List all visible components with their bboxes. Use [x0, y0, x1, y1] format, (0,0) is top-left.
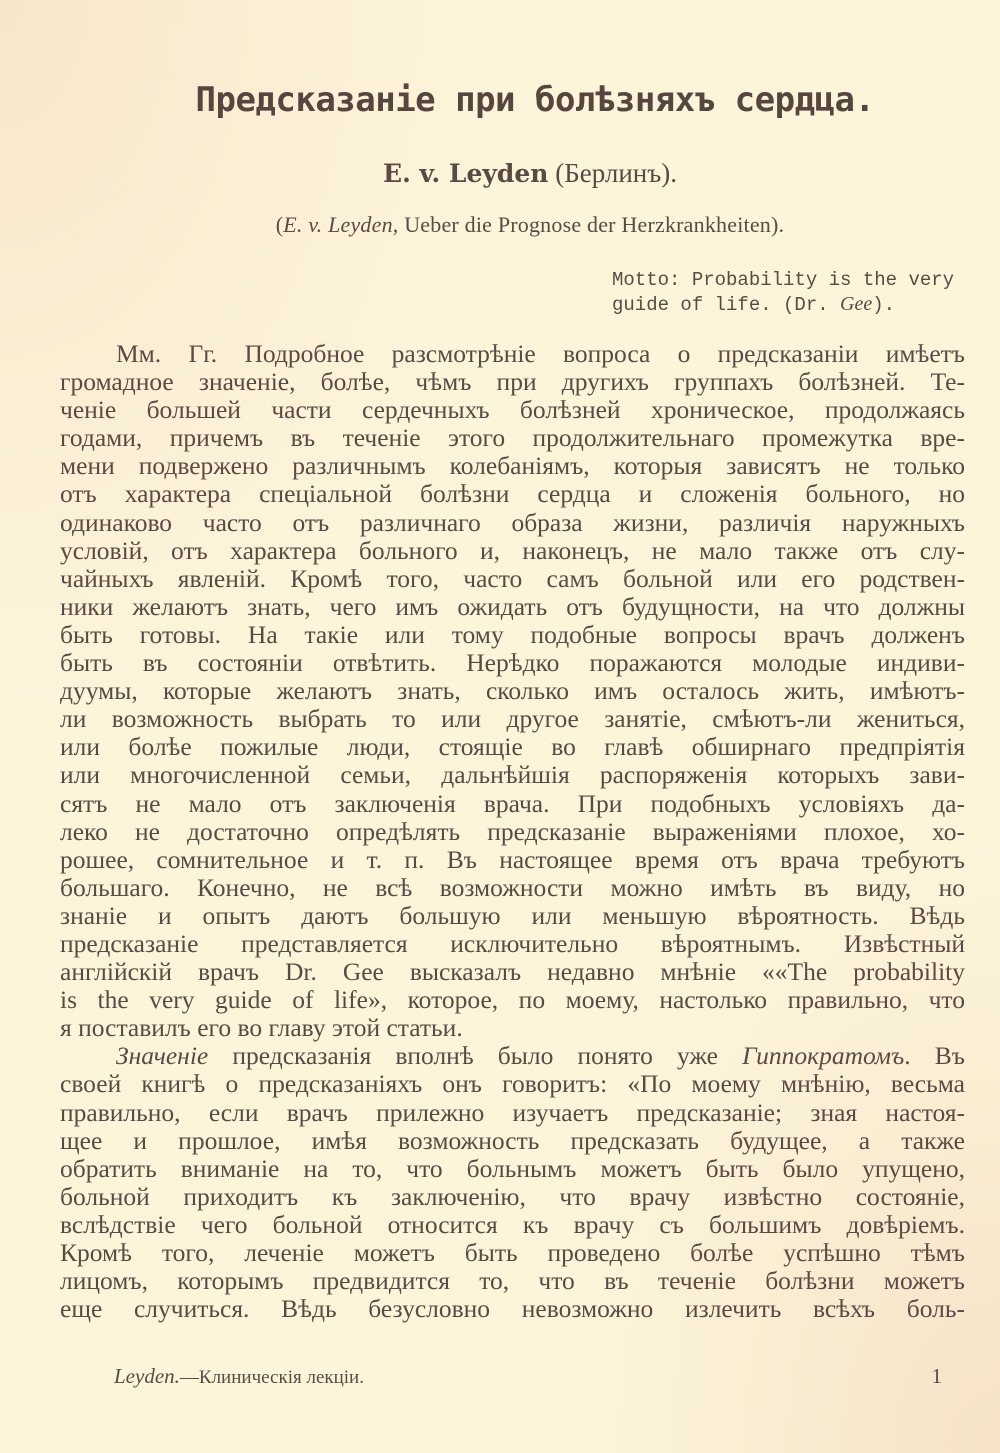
lead-italic-word: Значеніе — [116, 1041, 208, 1070]
text-line: англійскій врачъ Dr. Gee высказалъ недав… — [60, 958, 965, 986]
article-title: Предсказаніе при болѣзняхъ сердца. — [60, 80, 960, 120]
text-run: предсказанія вполнѣ было понято уже — [208, 1041, 742, 1070]
text-line: или болѣе пожилые люди, стоящіе во главѣ… — [60, 733, 965, 761]
text-line: знаніе и опытъ даютъ большую или меньшую… — [60, 902, 965, 930]
text-line: мени подвержено различнымъ колебаніямъ, … — [60, 452, 965, 480]
text-line: вслѣдствіе чего больной относится къ вра… — [60, 1211, 965, 1239]
text-line: одинаково часто отъ различнаго образа жи… — [60, 509, 965, 537]
author-city: (Берлинъ). — [555, 158, 677, 188]
text-line: быть въ состояніи отвѣтить. Нерѣдко пора… — [60, 649, 965, 677]
text-line: щее и прошлое, имѣя возможность предсказ… — [60, 1127, 965, 1155]
paragraph-1: Мм. Гг. Подробное разсмотрѣніе вопроса о… — [60, 340, 965, 1042]
article-subtitle: (E. v. Leyden, Ueber die Prognose der He… — [60, 212, 960, 238]
text-line: больной приходитъ къ заключенію, что вра… — [60, 1183, 965, 1211]
text-line: леко не достаточно опредѣлять предсказан… — [60, 818, 965, 846]
name-hippocrates: Гиппократомъ — [742, 1041, 904, 1070]
text-line: ченіе большей части сердечныхъ болѣзней … — [60, 396, 965, 424]
text-line: или многочисленной семьи, дальнѣйшія рас… — [60, 761, 965, 789]
text-line: Кромѣ того, леченіе можетъ быть проведен… — [60, 1239, 965, 1267]
text-line: еще случиться. Вѣдь безусловно невозможн… — [60, 1295, 965, 1323]
text-line: обратить вниманіе на то, что больнымъ мо… — [60, 1155, 965, 1183]
text-run: . Въ — [904, 1041, 965, 1070]
motto-line-1: Motto: Probability is the very — [612, 268, 972, 292]
text-line: ники желаютъ знать, чего имъ ожидать отъ… — [60, 593, 965, 621]
text-line: я поставилъ его во главу этой статьи. — [60, 1014, 965, 1042]
article-author: E. v. Leyden (Берлинъ). — [60, 158, 960, 189]
text-line: ли возможность выбрать то или другое зан… — [60, 705, 965, 733]
text-line: правильно, если врачъ прилежно изучаетъ … — [60, 1099, 965, 1127]
author-name: E. v. Leyden — [383, 159, 548, 188]
epigraph-motto: Motto: Probability is the very guide of … — [612, 268, 972, 317]
text-line: сятъ не мало отъ заключенія врача. При п… — [60, 790, 965, 818]
subtitle-original-title: , Ueber die Prognose der Herzkrankheiten… — [393, 212, 784, 237]
text-line: чайныхъ явленій. Кромѣ того, часто самъ … — [60, 565, 965, 593]
text-line: большаго. Конечно, не всѣ возможности мо… — [60, 874, 965, 902]
article-body: Мм. Гг. Подробное разсмотрѣніе вопроса о… — [60, 340, 965, 1323]
running-title-book: —Клиническія лекціи. — [180, 1367, 364, 1388]
text-line: Мм. Гг. Подробное разсмотрѣніе вопроса о… — [60, 340, 965, 368]
text-line: громадное значеніе, болѣе, чѣмъ при друг… — [60, 368, 965, 396]
text-line: условій, отъ характера больного и, након… — [60, 537, 965, 565]
page-number: 1 — [932, 1364, 943, 1389]
motto-text: guide of life. (Dr. — [612, 294, 840, 316]
motto-line-2: guide of life. (Dr. Gee). — [612, 292, 972, 317]
page-footer: Leyden.—Клиническія лекціи. 1 — [114, 1364, 934, 1389]
text-line: is the very guide of life», которое, по … — [60, 986, 965, 1014]
text-line: отъ характера спеціальной болѣзни сердца… — [60, 480, 965, 508]
text-line: предсказаніе представляется исключительн… — [60, 930, 965, 958]
text-line: дуумы, которые желаютъ знать, сколько им… — [60, 677, 965, 705]
running-title: Leyden.—Клиническія лекціи. — [114, 1364, 364, 1389]
text-line: рошее, сомнительное и т. п. Въ настоящее… — [60, 846, 965, 874]
motto-end: ). — [872, 294, 895, 316]
paragraph-2: Значеніе предсказанія вполнѣ было понято… — [60, 1042, 965, 1323]
motto-attribution: Gee — [840, 293, 872, 315]
text-line: годами, причемъ въ теченіе этого продолж… — [60, 424, 965, 452]
subtitle-author: E. v. Leyden — [283, 212, 393, 237]
text-line: Значеніе предсказанія вполнѣ было понято… — [60, 1042, 965, 1070]
text-line: своей книгѣ о предсказаніяхъ онъ говорит… — [60, 1070, 965, 1098]
text-line: лицомъ, которымъ предвидится то, что въ … — [60, 1267, 965, 1295]
running-title-author: Leyden. — [114, 1364, 180, 1388]
text-line: быть готовы. На такіе или тому подобные … — [60, 621, 965, 649]
